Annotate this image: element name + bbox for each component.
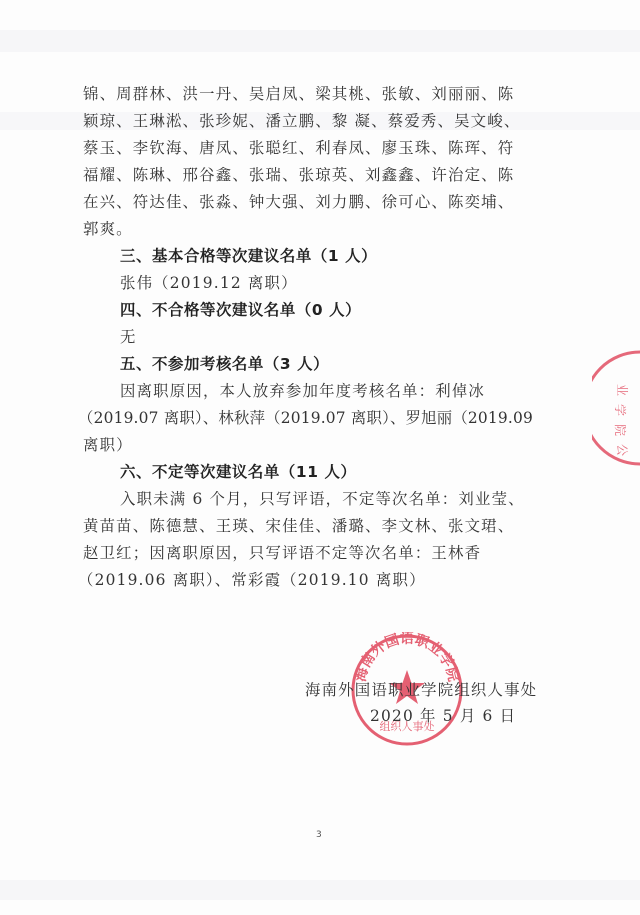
section-body-line: （2019.06 离职）、常彩霞（2019.10 离职）: [78, 570, 548, 590]
section-body-line: 张伟（2019.12 离职）: [120, 273, 590, 293]
section-heading-basic-pass: 三、基本合格等次建议名单（1 人）: [120, 246, 590, 266]
document-page: 锦、周群林、洪一丹、吴启凤、梁其桃、张敏、刘丽丽、陈 颖琼、王琳淞、张珍妮、潘立…: [0, 0, 640, 915]
edge-seal-icon: 业 学 院 公: [592, 350, 640, 466]
section-body-line: 无: [120, 327, 590, 347]
name-list-line: 颖琼、王琳淞、张珍妮、潘立鹏、黎 凝、蔡爱秀、吴文峻、: [83, 111, 553, 131]
section-heading-fail: 四、不合格等次建议名单（0 人）: [120, 300, 590, 320]
svg-text:公: 公: [615, 444, 629, 456]
name-list-line: 蔡玉、李钦海、唐凤、张聪红、利春凤、廖玉珠、陈珲、符: [83, 138, 553, 158]
svg-text:院: 院: [613, 424, 627, 436]
section-body-line: 黄苗苗、陈德慧、王瑛、宋佳佳、潘璐、李文林、张文珺、: [83, 516, 553, 536]
signature-organization: 海南外国语职业学院组织人事处: [305, 678, 537, 700]
section-body-line: 因离职原因，本人放弃参加年度考核名单：利倬冰: [120, 381, 590, 401]
section-body-line: 赵卫红；因离职原因，只写评语不定等次名单：王林香: [83, 543, 553, 563]
svg-text:业: 业: [615, 384, 629, 396]
name-list-line: 锦、周群林、洪一丹、吴启凤、梁其桃、张敏、刘丽丽、陈: [83, 84, 553, 104]
name-list-line: 郭爽。: [83, 219, 553, 239]
section-body-line: （2019.07 离职）、林秋萍（2019.07 离职）、罗旭丽（2019.09: [78, 408, 548, 428]
signature-date: 2020 年 5 月 6 日: [370, 704, 516, 726]
page-number: 3: [316, 830, 322, 840]
section-body-line: 离职）: [83, 435, 553, 455]
section-heading-undetermined: 六、不定等次建议名单（11 人）: [120, 462, 590, 482]
name-list-line: 在兴、符达佳、张淼、钟大强、刘力鹏、徐可心、陈奕埔、: [83, 192, 553, 212]
name-list-line: 福耀、陈琳、邢谷鑫、张瑞、张琼英、刘鑫鑫、许治定、陈: [83, 165, 553, 185]
section-body-line: 入职未满 6 个月，只写评语，不定等次名单：刘业莹、: [120, 489, 590, 509]
svg-text:学: 学: [613, 404, 627, 416]
section-heading-not-participating: 五、不参加考核名单（3 人）: [120, 354, 590, 374]
